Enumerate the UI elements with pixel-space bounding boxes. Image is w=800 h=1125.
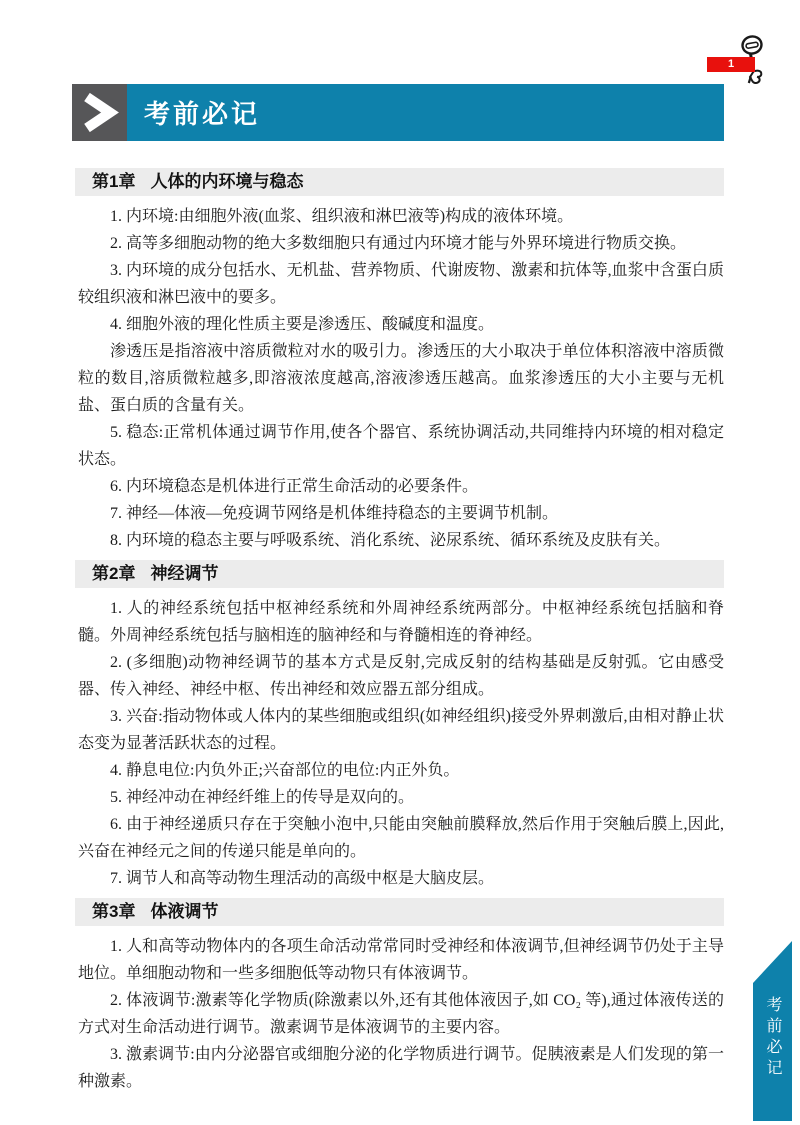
chapter-number: 第1章 — [92, 172, 135, 191]
paragraph: 1. 内环境:由细胞外液(血浆、组织液和淋巴液等)构成的液体环境。 — [78, 203, 724, 230]
paragraph: 3. 激素调节:由内分泌器官或细胞分泌的化学物质进行调节。促胰液素是人们发现的第… — [78, 1041, 724, 1095]
paragraph: 5. 稳态:正常机体通过调节作用,使各个器官、系统协调活动,共同维持内环境的相对… — [78, 419, 724, 473]
paragraph: 8. 内环境的稳态主要与呼吸系统、消化系统、泌尿系统、循环系统及皮肤有关。 — [78, 527, 724, 554]
chapter-number: 第3章 — [92, 902, 135, 921]
paragraph: 6. 由于神经递质只存在于突触小泡中,只能由突触前膜释放,然后作用于突触后膜上,… — [78, 811, 724, 865]
paragraph: 1. 人和高等动物体内的各项生命活动常常同时受神经和体液调节,但神经调节仍处于主… — [78, 933, 724, 987]
book-page: 1 考前必记 第1章人体的内环境与稳态 1. 内环境:由细胞外液(血浆、组织液和… — [0, 0, 800, 1125]
chapter-title: 人体的内环境与稳态 — [150, 172, 303, 191]
side-tab: 考前必记 — [753, 941, 792, 1121]
page-number: 1 — [728, 58, 734, 70]
paragraph: 2. 高等多细胞动物的绝大多数细胞只有通过内环境才能与外界环境进行物质交换。 — [78, 230, 724, 257]
paragraph: 7. 神经—体液—免疫调节网络是机体维持稳态的主要调节机制。 — [78, 500, 724, 527]
page-number-tab: 1 — [707, 57, 755, 72]
chapter-2-heading: 第2章神经调节 — [75, 560, 724, 588]
paragraph: 4. 静息电位:内负外正;兴奋部位的电位:内正外负。 — [78, 757, 724, 784]
header-banner: 考前必记 — [72, 84, 724, 141]
chapter-number: 第2章 — [92, 564, 135, 583]
side-tab-label: 考前必记 — [761, 996, 784, 1080]
content-area: 第1章人体的内环境与稳态 1. 内环境:由细胞外液(血浆、组织液和淋巴液等)构成… — [78, 168, 724, 1095]
paragraph: 渗透压是指溶液中溶质微粒对水的吸引力。渗透压的大小取决于单位体积溶液中溶质微粒的… — [78, 338, 724, 419]
paragraph: 7. 调节人和高等动物生理活动的高级中枢是大脑皮层。 — [78, 865, 724, 892]
chevron-icon — [72, 84, 127, 141]
paragraph: 2. (多细胞)动物神经调节的基本方式是反射,完成反射的结构基础是反射弧。它由感… — [78, 649, 724, 703]
paragraph: 5. 神经冲动在神经纤维上的传导是双向的。 — [78, 784, 724, 811]
paragraph: 1. 人的神经系统包括中枢神经系统和外周神经系统两部分。中枢神经系统包括脑和脊髓… — [78, 595, 724, 649]
paragraph: 4. 细胞外液的理化性质主要是渗透压、酸碱度和温度。 — [78, 311, 724, 338]
paragraph: 3. 内环境的成分包括水、无机盐、营养物质、代谢废物、激素和抗体等,血浆中含蛋白… — [78, 257, 724, 311]
page-title: 考前必记 — [144, 94, 260, 131]
paragraph: 6. 内环境稳态是机体进行正常生命活动的必要条件。 — [78, 473, 724, 500]
chapter-3-heading: 第3章体液调节 — [75, 898, 724, 926]
chapter-title: 神经调节 — [150, 564, 218, 583]
paragraph: 2. 体液调节:激素等化学物质(除激素以外,还有其他体液因子,如 CO₂ 等),… — [78, 987, 724, 1041]
paragraph: 3. 兴奋:指动物体或人体内的某些细胞或组织(如神经组织)接受外界刺激后,由相对… — [78, 703, 724, 757]
chapter-title: 体液调节 — [150, 902, 218, 921]
chapter-1-heading: 第1章人体的内环境与稳态 — [75, 168, 724, 196]
